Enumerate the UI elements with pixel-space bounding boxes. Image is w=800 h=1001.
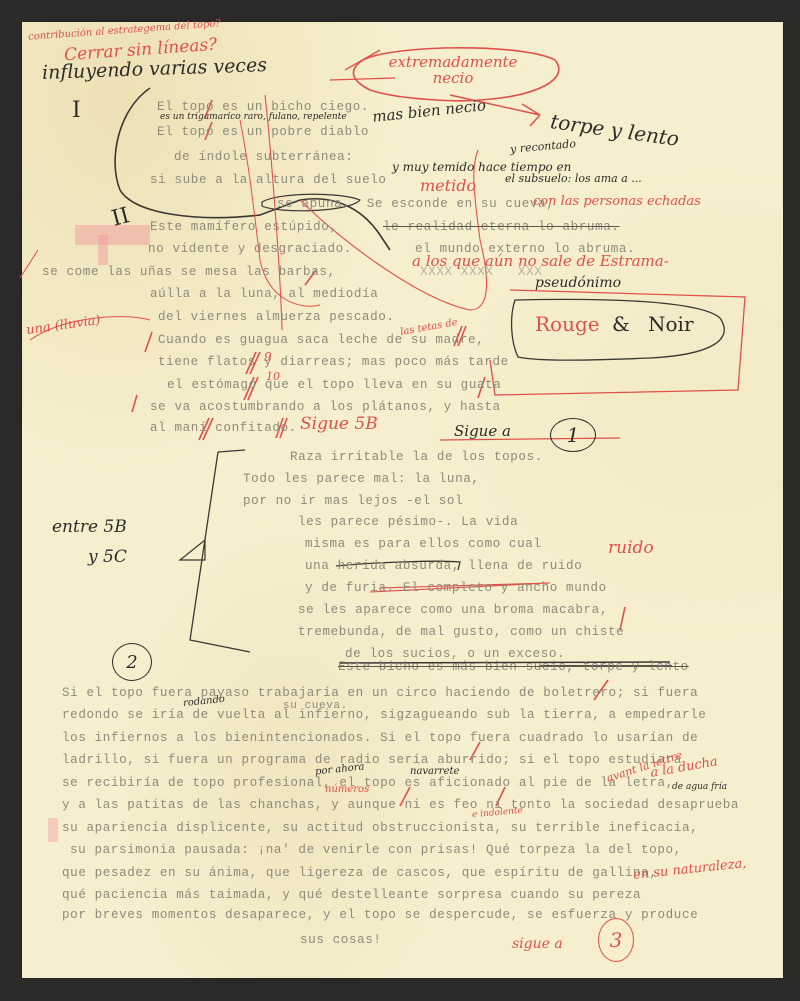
circled-number-2: 2	[112, 643, 152, 681]
note-y-5c: y 5C	[88, 547, 127, 567]
section-mark-one: I	[72, 98, 81, 123]
note-number-9: 9	[264, 350, 272, 364]
typed-line: no vidente y desgraciado.	[148, 242, 352, 256]
typed-line: se va acostumbrando a los plátanos, y ha…	[150, 400, 501, 414]
note-de-agua-fria: de agua fría	[672, 782, 727, 792]
typed-line: ladrillo, si fuera un programa de radio …	[62, 753, 682, 767]
typed-line: por no ir mas lejos -el sol	[243, 494, 463, 508]
typed-line: misma es para ellos como cual	[305, 537, 542, 551]
note-navarrete: navarrete	[410, 766, 459, 777]
pseudonym-ampersand: &	[612, 312, 630, 336]
typed-line: Todo les parece mal: la luna,	[243, 472, 480, 486]
pseudonym-rouge: Rouge	[535, 312, 600, 336]
typed-line-struck: Este bicho es más bien sucio, torpe y le…	[338, 660, 689, 674]
typed-line: y a las patitas de las chanchas, y aunqu…	[62, 798, 739, 812]
typed-line: su parsimonia pausada: ¡na' de venirle c…	[70, 843, 682, 857]
typed-line-struck: le realidad eterna lo abruma.	[383, 220, 620, 234]
typed-line: qué paciencia más taimada, y qué destell…	[62, 888, 641, 902]
typed-line: que pesadez en su ánima, que ligereza de…	[62, 866, 658, 880]
typed-line: de índole subterránea:	[174, 150, 353, 164]
typed-line: Si el topo fuera payaso trabajaría en un…	[62, 686, 698, 700]
typed-line: su apariencia displicente, su actitud ob…	[62, 821, 698, 835]
typed-line: por breves momentos desaparece, y el top…	[62, 908, 698, 922]
note-sigue-a: Sigue a	[454, 422, 511, 440]
interlinear-note: es un trigamarico raro, fulano, repelent…	[160, 112, 347, 122]
typed-line: les parece pésimo-. La vida	[298, 515, 518, 529]
typed-line: tiene flatos y diarreas; mas poco más ta…	[158, 355, 509, 369]
typed-line: si sube a la altura del suelo	[150, 173, 387, 187]
typed-line: se les aparece como una broma macabra,	[298, 603, 608, 617]
note-subsuelo: el subsuelo: los ama a ...	[505, 172, 642, 185]
typed-line: Este mamífero estúpido,	[150, 220, 338, 234]
note-sigue-5b: Sigue 5B	[300, 414, 378, 434]
typed-insert-su-cueva: su cueva.	[283, 700, 348, 712]
circled-number-2-label: 2	[126, 652, 137, 673]
typed-line: Cuando es guagua saca leche de su madre,	[158, 333, 484, 347]
balloon-extremadamente-necio: extremadamente necio	[378, 54, 528, 86]
circled-number-1-label: 1	[567, 423, 580, 447]
note-a-los-que: a los que aún no sale de Estrama-	[412, 252, 669, 270]
typed-line: se apuna. Se esconde en su cueva,	[277, 197, 554, 211]
typed-line: redondo se iría de vuelta al infierno, s…	[62, 708, 706, 722]
circled-number-3-label: 3	[610, 928, 623, 952]
typed-line: el estómago que el topo lleva en su guat…	[167, 378, 501, 392]
circled-number-3: 3	[598, 918, 634, 962]
note-personas-echadas: con las personas echadas	[533, 194, 701, 209]
note-ruido: ruido	[608, 538, 654, 558]
typed-line: los infiernos a los bienintencionados. S…	[62, 731, 698, 745]
typed-line: tremebunda, de mal gusto, como un chiste	[298, 625, 624, 639]
typed-line: El topo es un pobre diablo	[157, 125, 369, 139]
typed-line: Raza irritable la de los topos.	[290, 450, 543, 464]
typed-line: y de furia. El completo y ancho mundo	[305, 581, 607, 595]
typed-line: del viernes almuerza pescado.	[158, 310, 395, 324]
typed-line: una herida absurda, llena de ruido	[305, 559, 582, 573]
typed-line: de los sucios, o un exceso.	[345, 647, 565, 661]
note-metido: metido	[420, 176, 476, 195]
note-entre-5b: entre 5B	[52, 517, 127, 537]
typed-line: se come las uñas se mesa las barbas,	[42, 265, 336, 279]
typed-line: al maní confitado.	[150, 421, 297, 435]
note-pseudonimo: pseudónimo	[535, 275, 621, 291]
pseudonym-noir: Noir	[648, 312, 694, 336]
note-numeros: números	[325, 784, 369, 795]
typed-line: aúlla a la luna, al mediodía	[150, 287, 378, 301]
circled-number-1: 1	[550, 418, 596, 452]
typed-line: sus cosas!	[300, 933, 382, 947]
note-number-10: 10	[266, 370, 280, 383]
note-sigue-a-3: sigue a	[512, 936, 563, 952]
